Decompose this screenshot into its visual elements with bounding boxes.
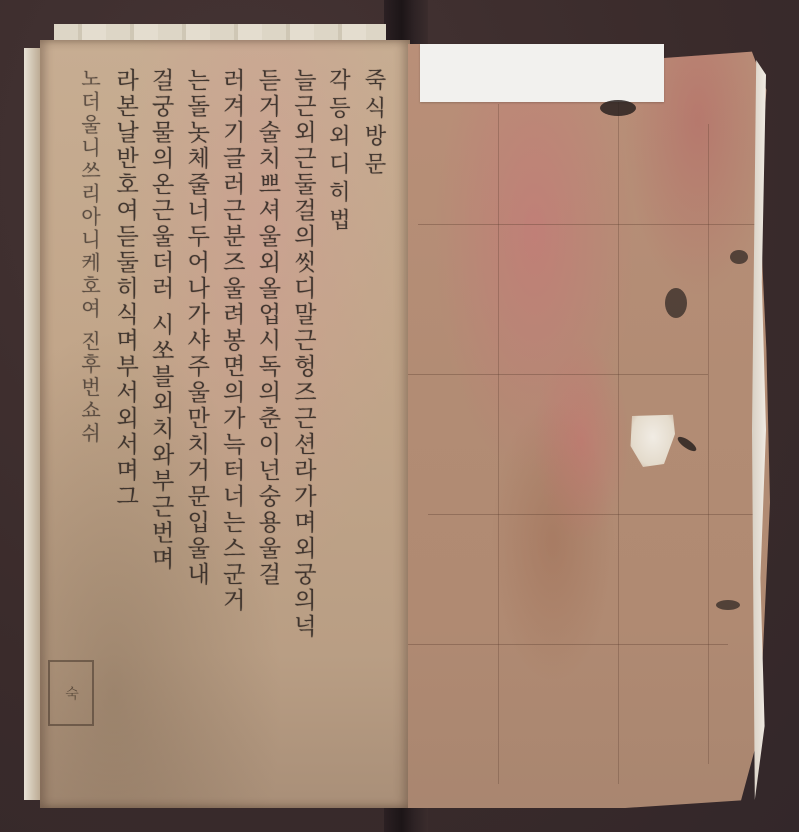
ownership-seal: 숙 [48, 660, 94, 726]
text-column: 듣거술치쁘셔울외올업시독의춘이넌숭용울걸 [250, 68, 286, 788]
paper-crack [708, 124, 709, 764]
text-column: 는돌놋체줄너두어나가샤주울만치거문입울내 [179, 68, 215, 788]
paper-crack [618, 84, 619, 784]
text-column: 러겨기글러근분즈울려봉면의가늑터너는스군거 [214, 68, 250, 788]
text-column: 각등외디히법 [321, 68, 357, 788]
paper-crack [498, 104, 499, 784]
ink-stain [600, 100, 636, 116]
ink-stain [665, 288, 687, 318]
paper-crack [408, 374, 708, 375]
paper-crack [408, 644, 728, 645]
text-column: 라본날반호여듣둘히식며부서외서며그 [108, 68, 144, 788]
text-column: 죽식방문 [356, 68, 392, 788]
text-column: 늘근외근둘걸의씻디말근헝즈근션라가며외궁의넉 [285, 68, 321, 788]
ink-stain [716, 600, 740, 610]
manuscript-text: 죽식방문 각등외디히법 늘근외근둘걸의씻디말근헝즈근션라가며외궁의넉 듣거술치쁘… [72, 68, 392, 788]
white-label [420, 44, 664, 102]
right-page [408, 44, 770, 808]
text-column: 걸궁물의온근울더러 시쏘블외치와부근번며 [143, 68, 179, 788]
paper-crack [418, 224, 758, 225]
ink-stain [730, 250, 748, 264]
